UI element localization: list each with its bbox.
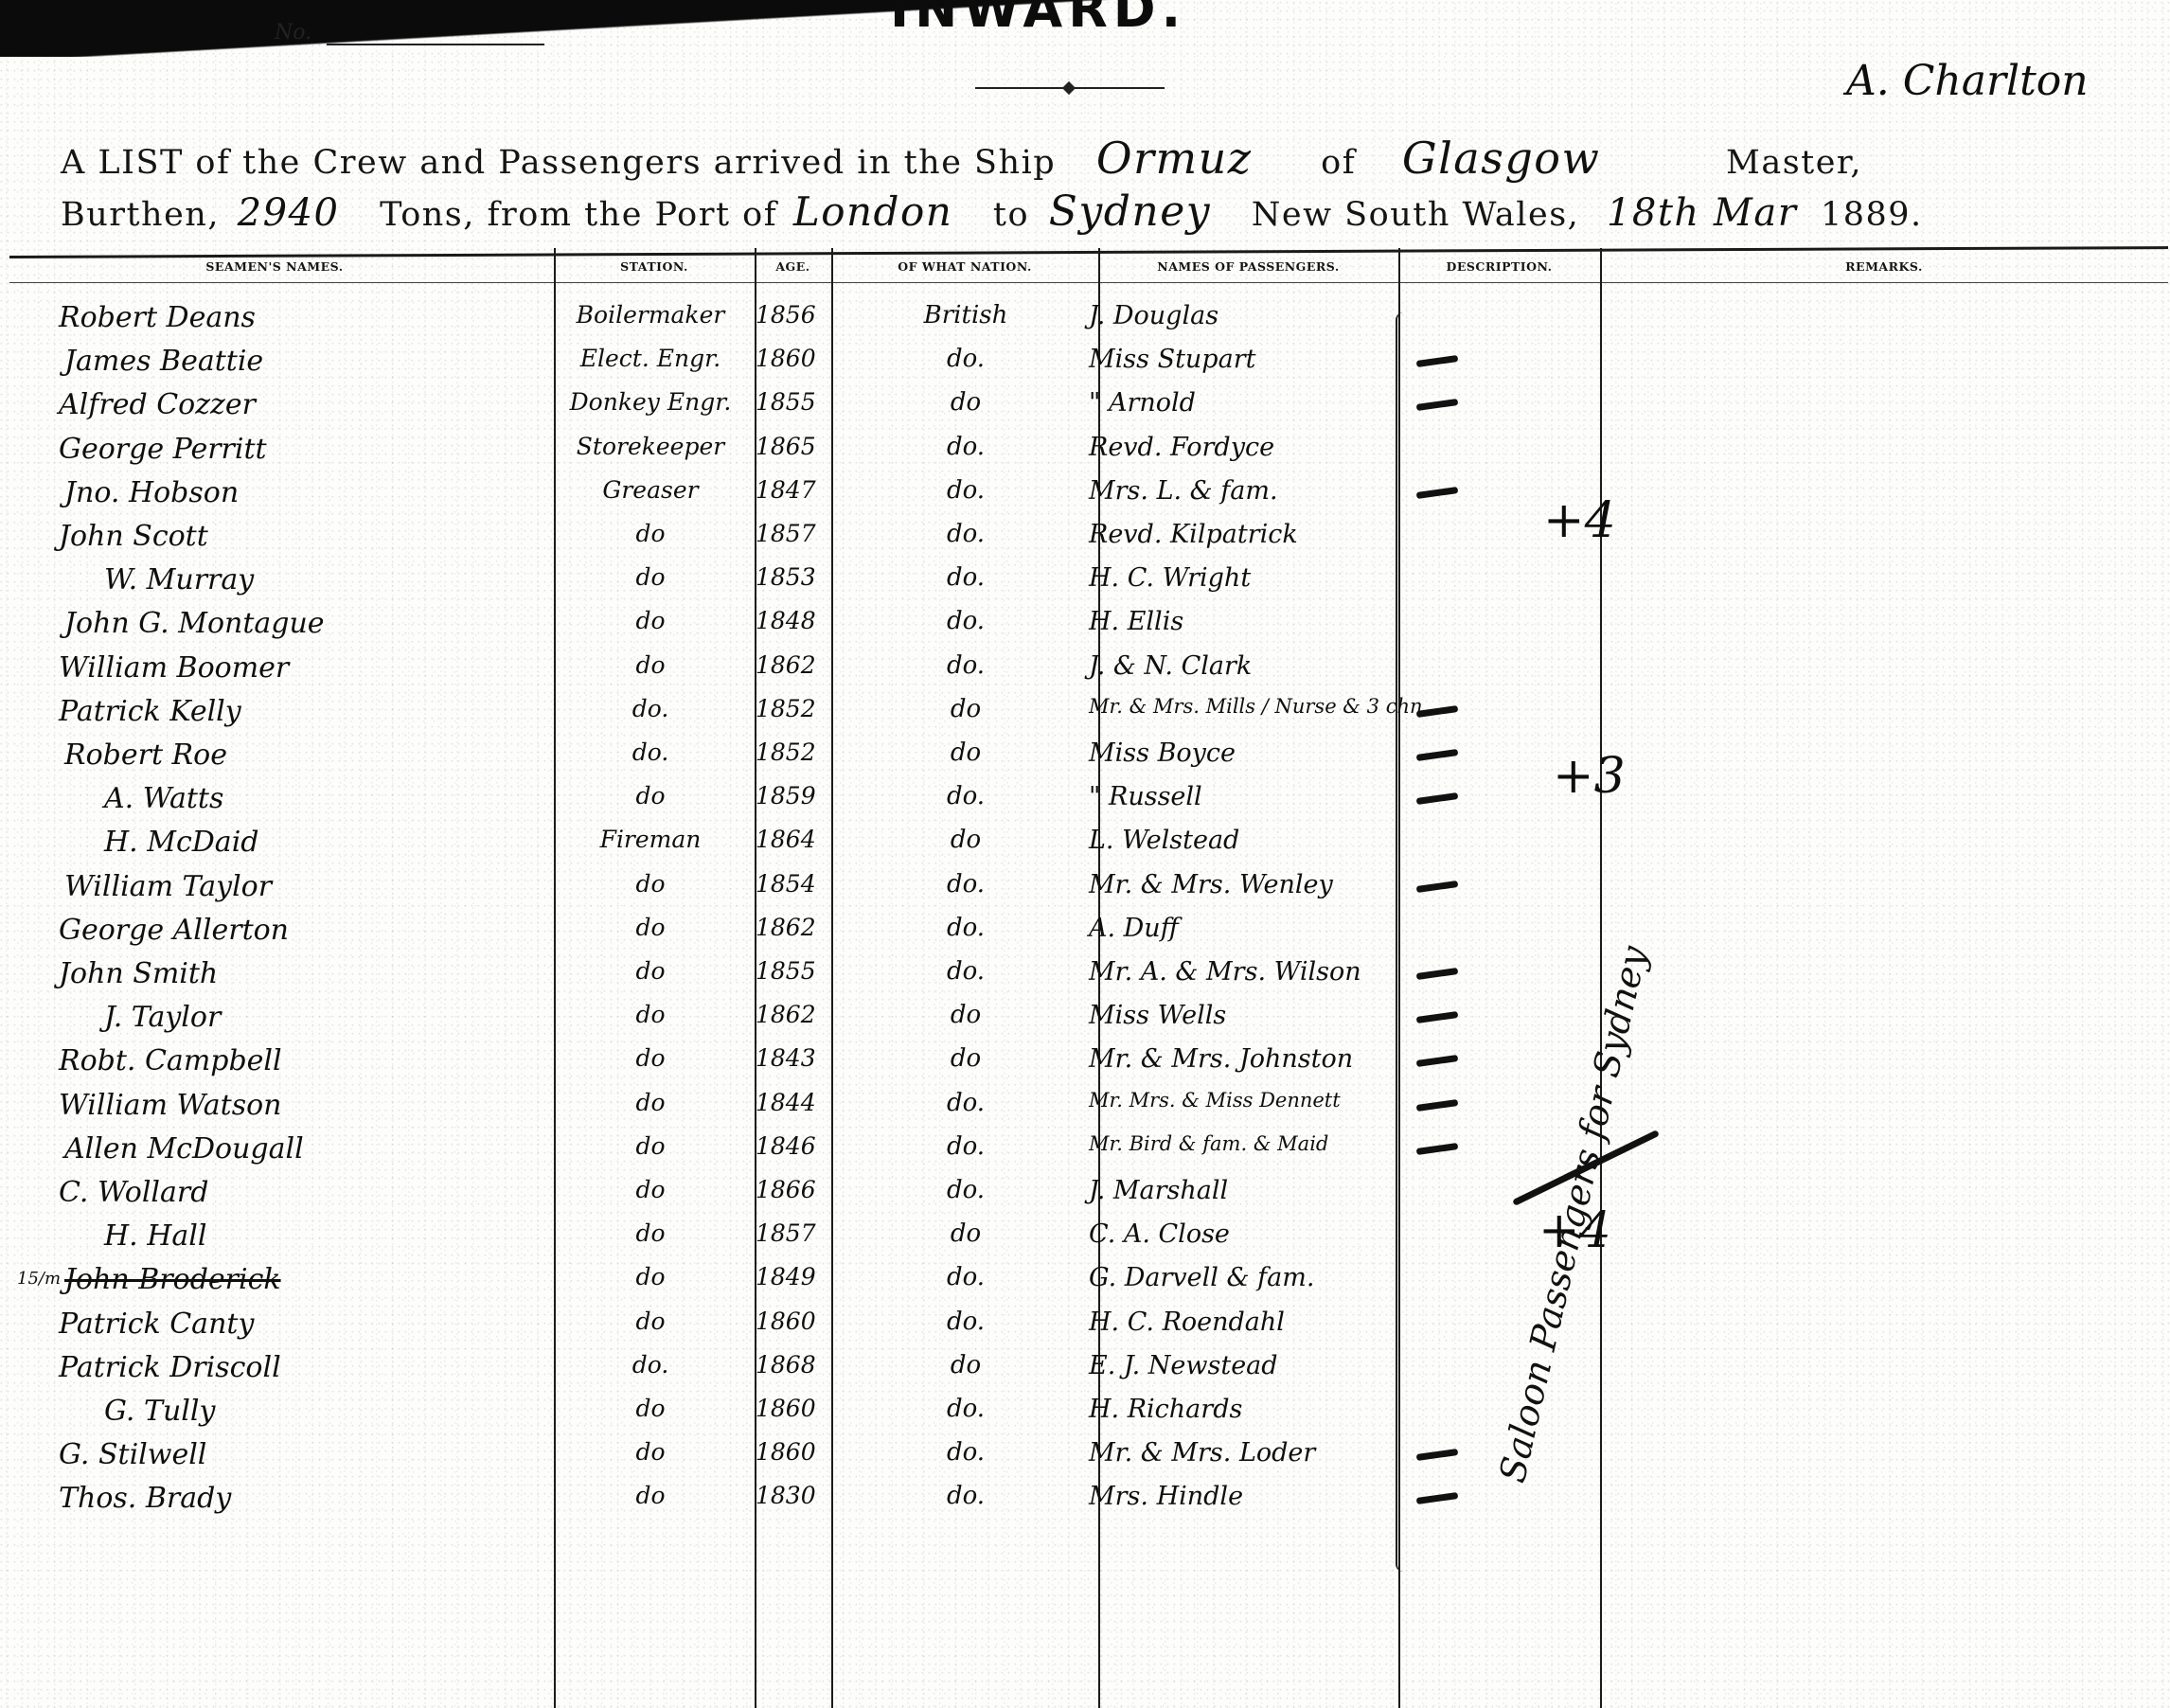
passenger-name: Mr. & Mrs. Loder [1089,1438,1315,1468]
count-annotation-2: +3 [1553,748,1626,805]
station: do [551,607,750,634]
description-tick-mark [1416,487,1459,499]
seaman-name: George Allerton [59,914,289,947]
seaman-name: G. Tully [104,1395,215,1428]
age: 1844 [756,1089,816,1116]
passenger-name: J. Marshall [1089,1176,1228,1205]
age: 1862 [756,914,816,941]
seaman-name: Patrick Canty [59,1308,254,1341]
nation: do. [833,345,1098,373]
description-tick-mark [1416,1099,1459,1112]
description-tick-mark [1416,1449,1459,1461]
table-row: John Smithdo1855do.Mr. A. & Mrs. Wilson [0,957,2170,1001]
title-ornament [975,87,1165,89]
table-header-rule [9,282,2168,283]
passenger-name: H. C. Roendahl [1089,1308,1285,1337]
table-row: C. Wollarddo1866do.J. Marshall [0,1176,2170,1219]
table-top-rule [9,246,2168,258]
nation: do. [833,651,1098,680]
age: 1830 [756,1482,816,1509]
seaman-name: William Boomer [59,651,289,685]
nation: do. [833,476,1098,505]
seaman-name: George Perritt [59,433,267,466]
age: 1852 [756,695,816,722]
passenger-name: Mr. Mrs. & Miss Dennett [1089,1089,1341,1112]
passenger-name: J. & N. Clark [1089,651,1252,681]
nation: do. [833,1395,1098,1423]
table-row: H. McDaidFireman1864doL. Welstead [0,826,2170,869]
burthen-label: Burthen, [61,196,220,234]
station: do [551,1308,750,1335]
header-line-1: A LIST of the Crew and Passengers arrive… [61,133,1862,184]
station: do [551,782,750,810]
passenger-name: H. Richards [1089,1395,1242,1424]
age: 1855 [756,957,816,985]
count-annotation-3: +4 [1539,1202,1611,1259]
station: do. [551,738,750,766]
nation: do [833,1044,1098,1073]
age: 1843 [756,1044,816,1072]
nation: do [833,388,1098,417]
table-row: G. Tullydo1860do.H. Richards [0,1395,2170,1438]
seaman-name: William Watson [59,1089,282,1122]
column-header-nation: OF WHAT NATION. [831,259,1098,274]
station: do [551,1219,750,1247]
station: do [551,651,750,679]
passenger-name: Revd. Kilpatrick [1089,520,1298,549]
description-tick-mark [1416,1055,1459,1067]
station: do [551,914,750,941]
arrival-year: 1889. [1821,196,1923,234]
passenger-name: Mrs. Hindle [1089,1482,1243,1511]
description-tick-mark [1416,968,1459,980]
margin-note: 15/m [17,1269,61,1289]
station: do. [551,1351,750,1379]
nation: do. [833,563,1098,592]
description-tick-mark [1416,1143,1459,1155]
nation: do. [833,870,1098,898]
age: 1860 [756,345,816,372]
nation: do [833,826,1098,854]
table-row: Patrick Driscolldo.1868doE. J. Newstead [0,1351,2170,1395]
nation: do [833,1219,1098,1248]
age: 1866 [756,1176,816,1203]
age: 1854 [756,870,816,898]
nation: do. [833,1438,1098,1467]
passenger-name: Mr. & Mrs. Mills / Nurse & 3 chn. [1089,695,1429,718]
age: 1856 [756,301,816,329]
station: Storekeeper [551,433,750,460]
age: 1846 [756,1132,816,1160]
station: Elect. Engr. [551,345,750,372]
port-from: London [793,188,952,235]
port-of-registry: Glasgow [1402,133,1601,184]
nation: do. [833,607,1098,635]
table-row: Robert DeansBoilermaker1856BritishJ. Dou… [0,301,2170,345]
seaman-name: John G. Montague [64,607,325,640]
description-tick-mark [1416,1492,1459,1504]
passenger-name: J. Douglas [1089,301,1218,330]
table-row: Robt. Campbelldo1843doMr. & Mrs. Johnsto… [0,1044,2170,1088]
count-annotation-1: +4 [1543,492,1616,549]
description-tick-mark [1416,399,1459,411]
passenger-name: L. Welstead [1089,826,1239,855]
passenger-name: Mrs. L. & fam. [1089,476,1278,506]
seaman-name: John Scott [59,520,208,553]
seaman-name: Jno. Hobson [64,476,239,509]
nation: do. [833,914,1098,942]
tons-label: Tons, from the Port of [380,196,777,234]
passenger-name: Miss Stupart [1089,345,1255,374]
seaman-name: William Taylor [64,870,272,903]
station: Fireman [551,826,750,853]
description-tick-mark [1416,792,1459,805]
seaman-name: Allen McDougall [64,1132,304,1165]
header-prefix: A LIST of the Crew and Passengers arrive… [61,144,1056,182]
seaman-name: Robt. Campbell [59,1044,282,1077]
age: 1857 [756,520,816,547]
table-row: H. Halldo1857doC. A. Close [0,1219,2170,1263]
seaman-name: J. Taylor [104,1001,221,1034]
ship-name: Ormuz [1096,133,1253,184]
passenger-name: " Russell [1089,782,1202,811]
seaman-name: Thos. Brady [59,1482,231,1515]
nation: do. [833,1176,1098,1204]
table-row: Thos. Bradydo1830do.Mrs. Hindle [0,1482,2170,1525]
nation: do [833,1351,1098,1379]
age: 1868 [756,1351,816,1379]
header-line-2: Burthen, 2940 Tons, from the Port of Lon… [61,187,1923,236]
seaman-name: W. Murray [104,563,254,596]
station: do [551,1438,750,1466]
station: do [551,1044,750,1072]
nation: do. [833,1132,1098,1161]
passenger-name: H. C. Wright [1089,563,1251,593]
table-row: George PerrittStorekeeper1865do.Revd. Fo… [0,433,2170,476]
seaman-name: A. Watts [104,782,223,815]
nation: do. [833,957,1098,986]
column-header-seamen: SEAMEN'S NAMES. [85,259,464,274]
passenger-name: Mr. & Mrs. Johnston [1089,1044,1353,1074]
table-row: W. Murraydo1853do.H. C. Wright [0,563,2170,607]
station: do [551,520,750,547]
form-number-field [327,44,544,45]
port-to: Sydney [1049,187,1211,236]
arrival-date: 18th Mar [1607,191,1797,235]
age: 1847 [756,476,816,504]
description-tick-mark [1416,355,1459,367]
table-row: Alfred CozzerDonkey Engr.1855do" Arnold [0,388,2170,432]
age: 1853 [756,563,816,591]
column-header-description: DESCRIPTION. [1398,259,1600,274]
table-row: Patrick Cantydo1860do.H. C. Roendahl [0,1308,2170,1351]
station: do [551,1482,750,1509]
form-title: INWARD. [890,0,1186,39]
table-row: Jno. HobsonGreaser1847do.Mrs. L. & fam. [0,476,2170,520]
seaman-name: John Smith [59,957,218,990]
nation: do. [833,1263,1098,1291]
table-row: James BeattieElect. Engr.1860do.Miss Stu… [0,345,2170,388]
nation: do [833,738,1098,767]
passenger-name: C. A. Close [1089,1219,1230,1249]
nation: do. [833,782,1098,810]
station: do [551,563,750,591]
age: 1857 [756,1219,816,1247]
station: do [551,1176,750,1203]
passenger-name: E. J. Newstead [1089,1351,1278,1380]
nation: do [833,695,1098,723]
station: do [551,1395,750,1422]
tonnage: 2940 [238,191,340,235]
master-name: A. Charlton [1846,57,2089,105]
description-tick-mark [1416,1011,1459,1023]
age: 1849 [756,1263,816,1290]
table-row: Patrick Kellydo.1852doMr. & Mrs. Mills /… [0,695,2170,738]
passenger-name: Revd. Fordyce [1089,433,1274,462]
station: do [551,1001,750,1028]
form-number-label: No. [275,21,311,44]
age: 1860 [756,1395,816,1422]
seaman-name: Alfred Cozzer [59,388,256,421]
station: do [551,957,750,985]
nation: British [833,301,1098,329]
seaman-name: G. Stilwell [59,1438,206,1471]
seaman-name: C. Wollard [59,1176,208,1209]
table-row: Robert Roedo.1852doMiss Boyce [0,738,2170,782]
station: do [551,1132,750,1160]
nation: do [833,1001,1098,1029]
passenger-name: H. Ellis [1089,607,1183,636]
nation: do. [833,520,1098,548]
station: do [551,1263,750,1290]
seaman-name: Robert Roe [64,738,227,772]
to-label: to [993,196,1029,234]
age: 1848 [756,607,816,634]
nation: do. [833,1308,1098,1336]
age: 1852 [756,738,816,766]
seaman-name: Patrick Driscoll [59,1351,281,1384]
nation: do. [833,1089,1098,1117]
passenger-name: Miss Wells [1089,1001,1226,1030]
station: Greaser [551,476,750,504]
seaman-name: H. McDaid [104,826,259,859]
age: 1859 [756,782,816,810]
station: do. [551,695,750,722]
age: 1860 [756,1308,816,1335]
column-header-remarks: REMARKS. [1600,259,2168,274]
seaman-name: Robert Deans [59,301,256,334]
station: Boilermaker [551,301,750,329]
passenger-name: " Arnold [1089,388,1196,418]
passenger-name: G. Darvell & fam. [1089,1263,1314,1292]
age: 1864 [756,826,816,853]
table-row: Allen McDougalldo1846do.Mr. Bird & fam. … [0,1132,2170,1176]
table-row: George Allertondo1862do.A. Duff [0,914,2170,957]
description-tick-mark [1416,749,1459,761]
master-label: Master, [1726,144,1862,182]
table-row: William Taylordo1854do.Mr. & Mrs. Wenley [0,870,2170,914]
description-tick-mark [1416,881,1459,893]
table-row: A. Wattsdo1859do." Russell [0,782,2170,826]
table-row: John Broderickdo1849do.G. Darvell & fam.… [0,1263,2170,1307]
seaman-name: John Broderick [64,1263,281,1296]
table-row: John G. Montaguedo1848do.H. Ellis [0,607,2170,650]
station: do [551,1089,750,1116]
column-header-age: AGE. [755,259,831,274]
column-header-passengers: NAMES OF PASSENGERS. [1098,259,1398,274]
age: 1860 [756,1438,816,1466]
table-row: William Boomerdo1862do.J. & N. Clark [0,651,2170,695]
seaman-name: James Beattie [64,345,263,378]
of-label: of [1321,144,1356,182]
seaman-name: H. Hall [104,1219,206,1253]
passenger-name: Mr. A. & Mrs. Wilson [1089,957,1361,987]
table-row: J. Taylordo1862doMiss Wells [0,1001,2170,1044]
nation: do. [833,433,1098,461]
column-header-station: STATION. [554,259,755,274]
age: 1862 [756,1001,816,1028]
station: do [551,870,750,898]
age: 1855 [756,388,816,416]
passenger-name: Miss Boyce [1089,738,1236,768]
age: 1862 [756,651,816,679]
passenger-name: Mr. & Mrs. Wenley [1089,870,1333,899]
station: Donkey Engr. [551,388,750,416]
table-row: William Watsondo1844do.Mr. Mrs. & Miss D… [0,1089,2170,1132]
colony-label: New South Wales, [1252,196,1580,234]
nation: do. [833,1482,1098,1510]
table-row: John Scottdo1857do.Revd. Kilpatrick [0,520,2170,563]
table-row: G. Stilwelldo1860do.Mr. & Mrs. Loder [0,1438,2170,1482]
seaman-name: Patrick Kelly [59,695,241,728]
passenger-name: Mr. Bird & fam. & Maid [1089,1132,1328,1155]
age: 1865 [756,433,816,460]
passenger-name: A. Duff [1089,914,1179,943]
